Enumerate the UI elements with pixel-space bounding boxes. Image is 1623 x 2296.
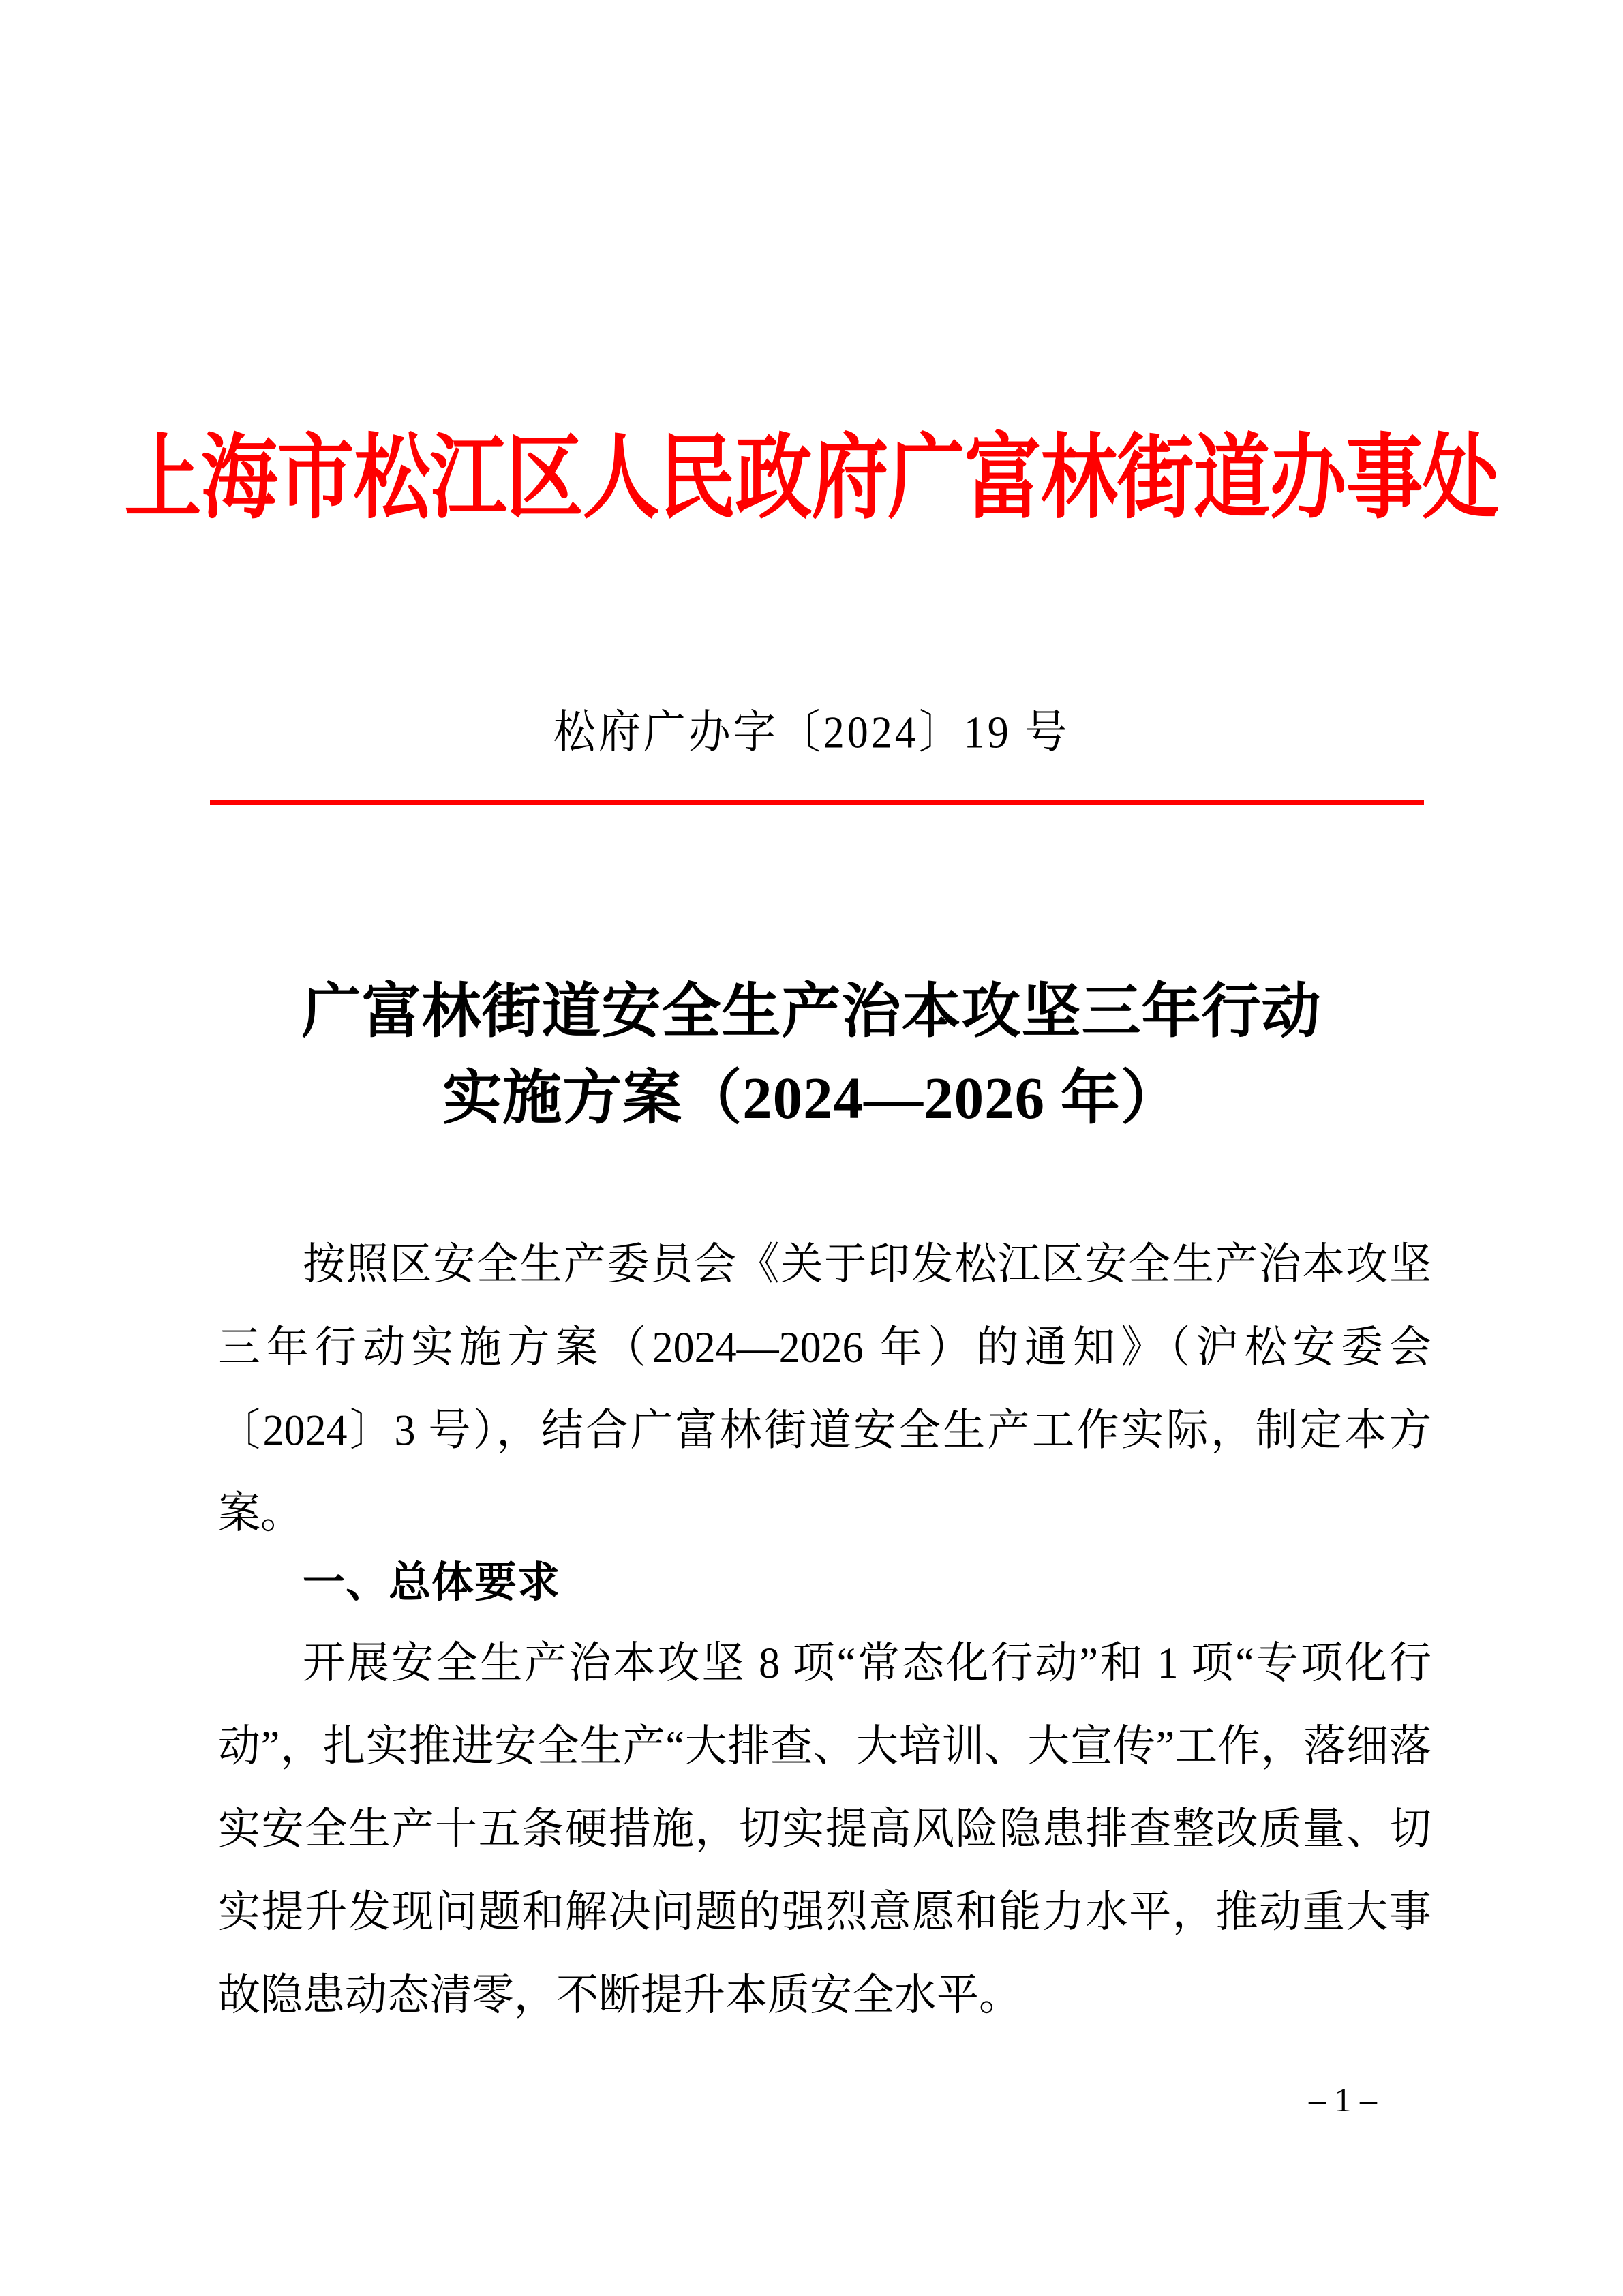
agency-letterhead-title: 上海市松江区人民政府广富林街道办事处 — [0, 420, 1623, 539]
document-reference-number: 松府广办字〔2024〕19 号 — [0, 704, 1623, 762]
body-paragraph-overall-requirements: 开展安全生产治本攻坚 8 项“常态化行动”和 1 项“专项化行动”，扎实推进安全… — [218, 1622, 1431, 2037]
page-number: – 1 – — [1268, 2079, 1418, 2120]
body-paragraph-intro: 按照区安全生产委员会《关于印发松江区安全生产治本攻坚三年行动实施方案（2024—… — [218, 1224, 1431, 1556]
document-title: 广富林街道安全生产治本攻坚三年行动 实施方案（2024—2026 年） — [0, 968, 1623, 1141]
red-divider-line — [210, 800, 1424, 805]
document-title-line2: 实施方案（2024—2026 年） — [0, 1055, 1623, 1141]
document-body: 按照区安全生产委员会《关于印发松江区安全生产治本攻坚三年行动实施方案（2024—… — [218, 1224, 1431, 2021]
document-title-line1: 广富林街道安全生产治本攻坚三年行动 — [0, 968, 1623, 1055]
document-page: 上海市松江区人民政府广富林街道办事处 松府广办字〔2024〕19 号 广富林街道… — [0, 0, 1623, 2296]
